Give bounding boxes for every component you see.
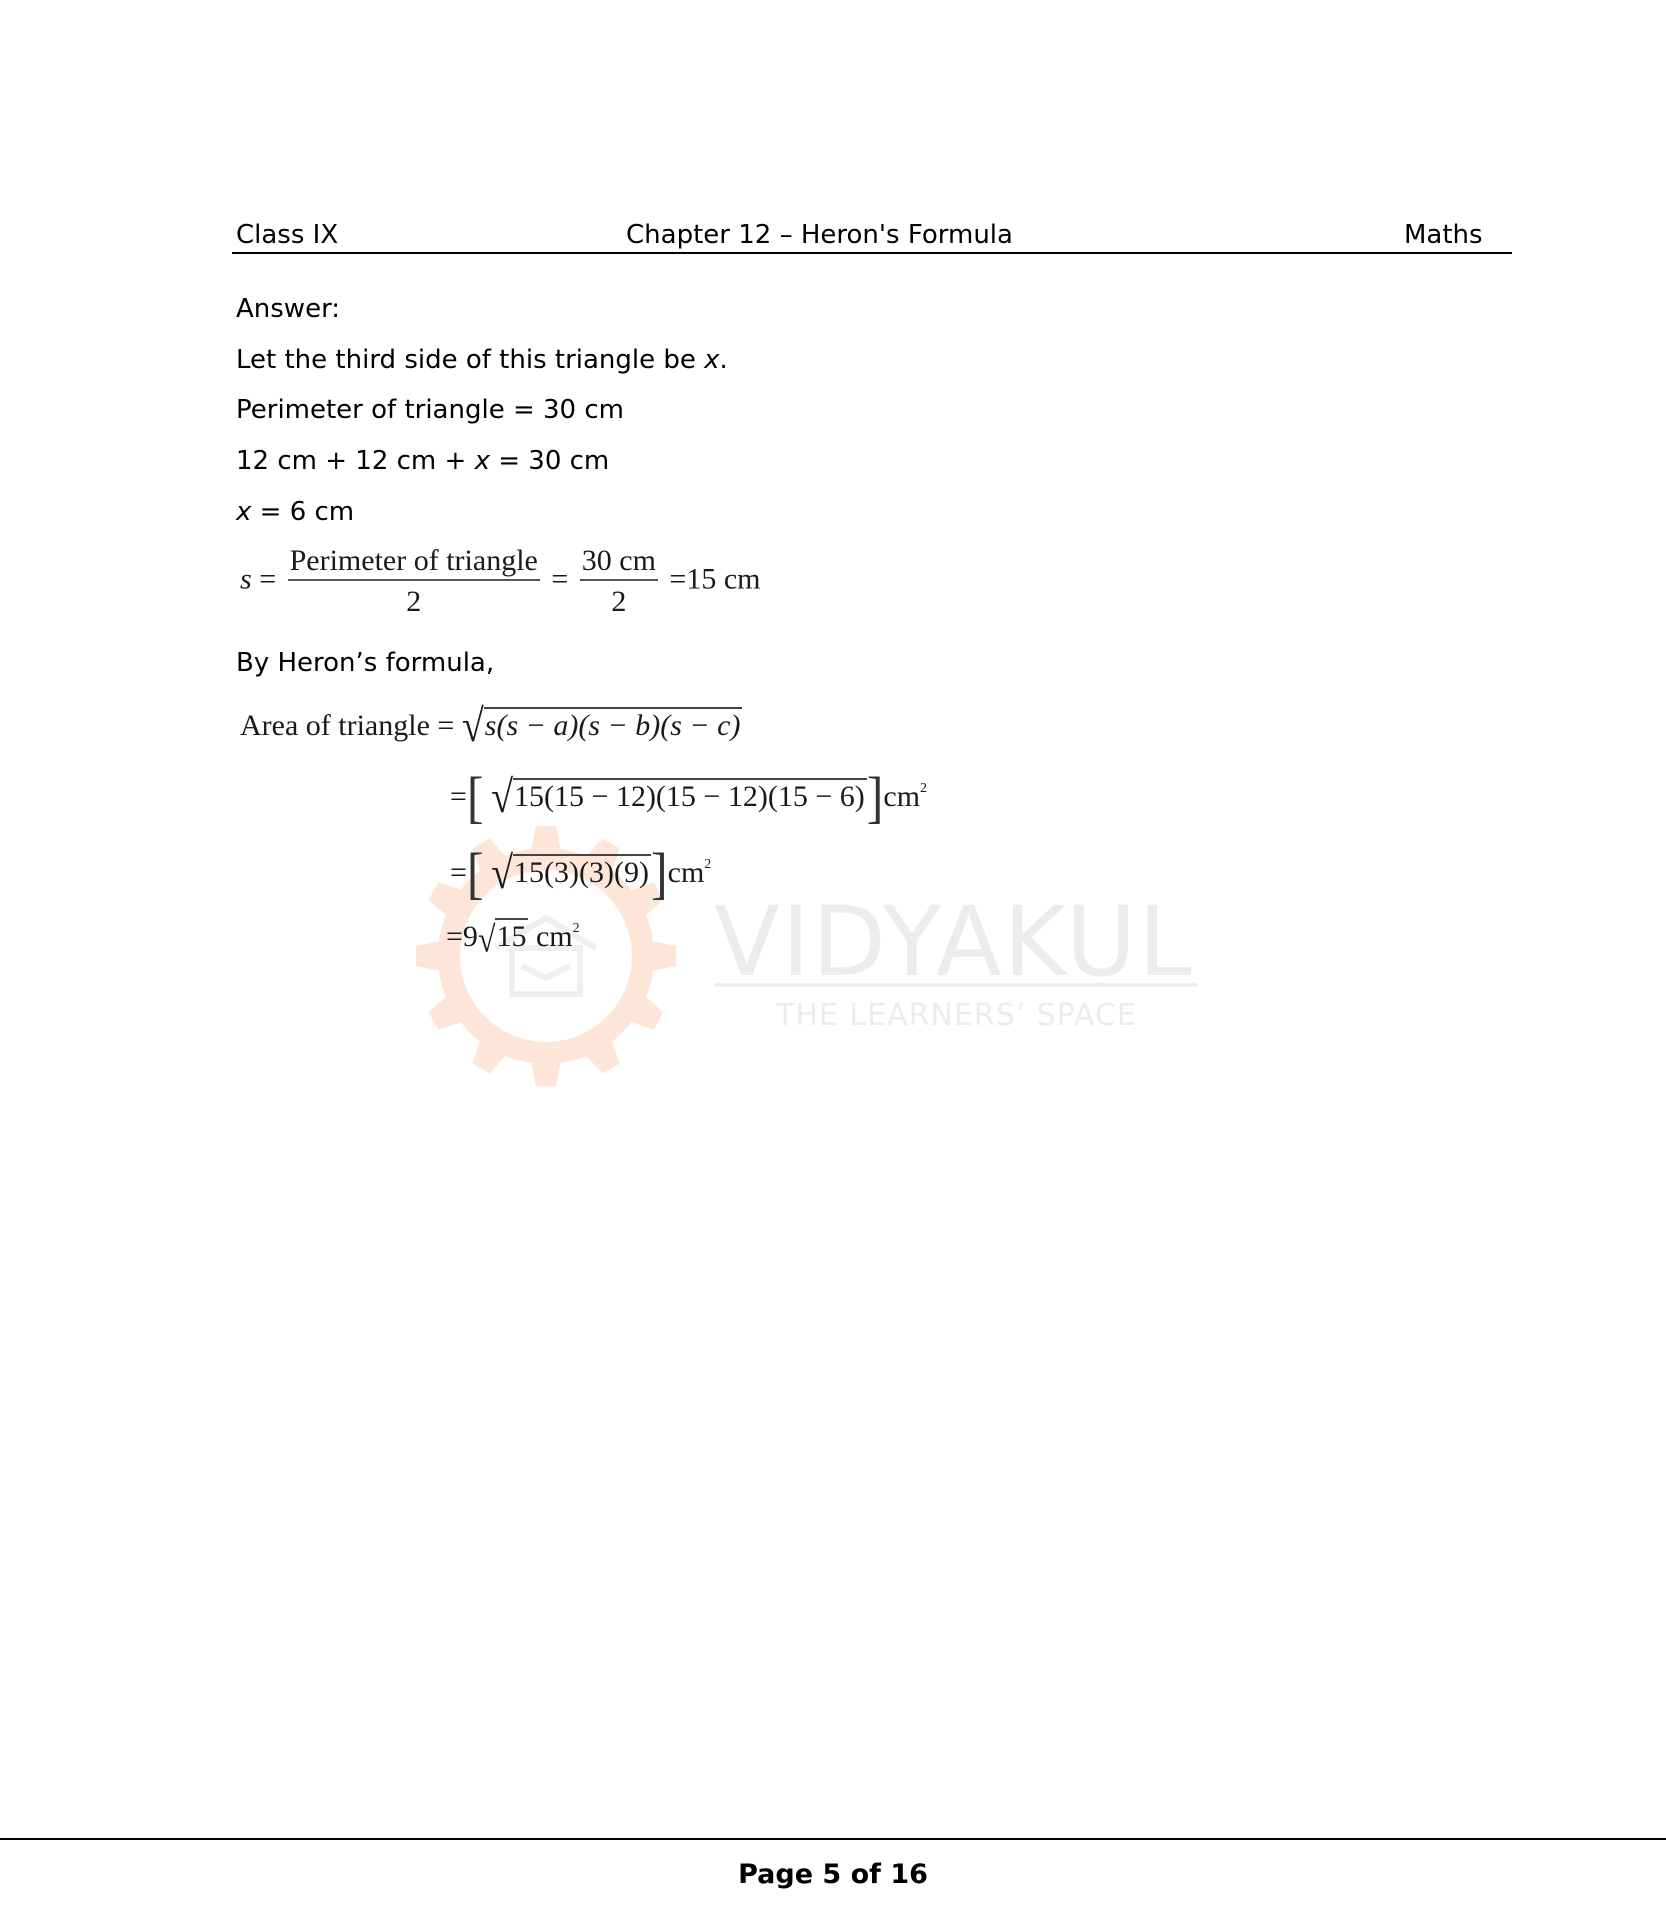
equals-sign: =	[259, 562, 276, 595]
header-class: Class IX	[236, 222, 338, 248]
fraction: 30 cm 2	[580, 546, 658, 617]
radicand: 15(3)(3)(9)	[513, 854, 651, 888]
watermark-tagline: THE LEARNERS’ SPACE	[776, 998, 1137, 1033]
text-line: By Heron’s formula,	[236, 650, 494, 676]
radicand: 15	[495, 918, 528, 952]
header-chapter-title: Chapter 12 – Heron's Formula	[626, 222, 1013, 248]
equation-lhs: Area of triangle =	[240, 709, 454, 742]
text-segment: 12 cm + 12 cm +	[236, 446, 475, 476]
equals-sign: =	[446, 920, 463, 953]
fraction-numerator: 30 cm	[580, 546, 658, 579]
equals-sign: =	[551, 562, 568, 595]
page-number: Page 5 of 16	[0, 1861, 1666, 1888]
text-segment: = 30 cm	[490, 446, 609, 476]
heron-step-3: =[ √15(3)(3)(9)]cm2	[450, 848, 711, 898]
unit-exponent: 2	[920, 781, 927, 796]
answer-label: Answer:	[236, 296, 340, 322]
text-segment: .	[720, 345, 728, 375]
fraction-denominator: 2	[611, 581, 626, 617]
radical-sign-icon: √	[491, 850, 513, 896]
fraction: Perimeter of triangle 2	[288, 546, 540, 617]
watermark-divider	[715, 983, 1197, 987]
bracket-open: [	[467, 844, 484, 902]
coefficient: 9	[463, 920, 478, 953]
footer-divider	[0, 1838, 1666, 1840]
heron-step-1: Area of triangle = √s(s − a)(s − b)(s − …	[240, 706, 742, 746]
equation-result: =15 cm	[669, 562, 760, 595]
semi-perimeter-equation: s = Perimeter of triangle 2 = 30 cm 2 =1…	[240, 546, 761, 617]
text-line: Let the third side of this triangle be x…	[236, 347, 728, 373]
text-segment: = 6 cm	[251, 497, 354, 527]
bracket-open: [	[467, 768, 484, 826]
watermark-brand: VIDYAKUL	[714, 886, 1194, 998]
text-segment: Let the third side of this triangle be	[236, 345, 704, 375]
heron-step-2: =[ √15(15 − 12)(15 − 12)(15 − 6)]cm2	[450, 772, 927, 822]
header-subject: Maths	[1404, 222, 1483, 248]
math-variable: x	[475, 446, 490, 476]
radical-sign-icon: √	[462, 703, 484, 749]
text-line: 12 cm + 12 cm + x = 30 cm	[236, 448, 609, 474]
math-variable: s	[240, 562, 252, 595]
text-line: x = 6 cm	[236, 499, 354, 525]
fraction-numerator: Perimeter of triangle	[288, 546, 540, 579]
unit-exponent: 2	[573, 921, 580, 936]
square-root: √15(15 − 12)(15 − 12)(15 − 6)	[491, 777, 867, 817]
bracket-close: ]	[867, 768, 884, 826]
unit: cm	[536, 920, 573, 953]
unit: cm	[668, 856, 705, 889]
equals-sign: =	[450, 780, 467, 813]
fraction-denominator: 2	[406, 581, 421, 617]
radical-sign-icon: √	[491, 774, 513, 820]
heron-step-4: =9√15 cm2	[446, 918, 580, 955]
equals-sign: =	[450, 856, 467, 889]
square-root: √15	[478, 918, 529, 955]
radical-sign-icon: √	[478, 921, 496, 958]
unit: cm	[883, 780, 920, 813]
bracket-close: ]	[651, 844, 668, 902]
text-line: Perimeter of triangle = 30 cm	[236, 397, 624, 423]
header-divider	[232, 252, 1512, 254]
unit-exponent: 2	[704, 857, 711, 872]
square-root: √s(s − a)(s − b)(s − c)	[462, 706, 743, 746]
square-root: √15(3)(3)(9)	[491, 853, 651, 893]
math-variable: x	[704, 345, 719, 375]
radicand: 15(15 − 12)(15 − 12)(15 − 6)	[513, 778, 867, 812]
math-variable: x	[236, 497, 251, 527]
radicand: s(s − a)(s − b)(s − c)	[484, 707, 743, 741]
